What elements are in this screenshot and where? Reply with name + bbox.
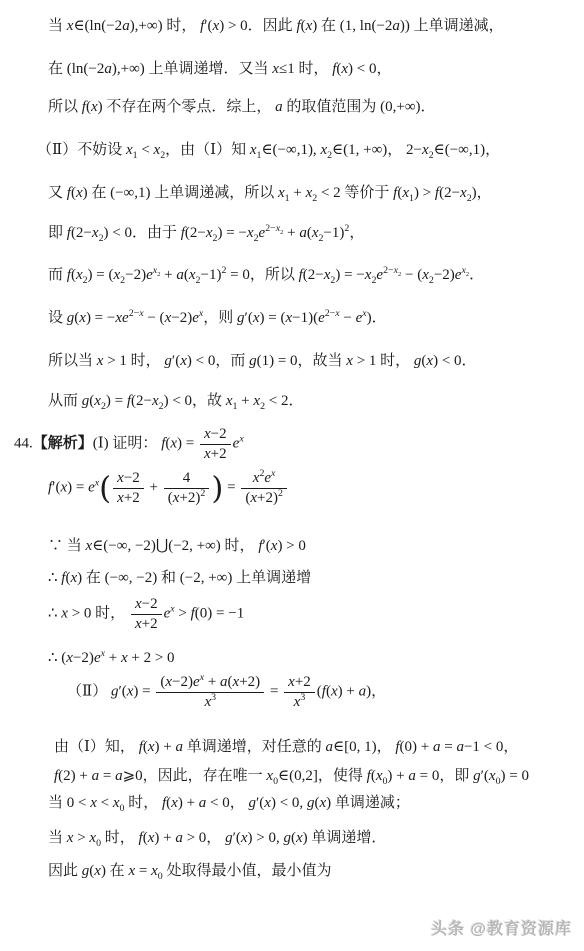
fraction: x−2x+2 (131, 596, 162, 633)
solution-line: （Ⅱ）不妨设 x1 < x2，由（Ⅰ）知 x1∈(−∞,1), x2∈(1, +… (37, 140, 500, 160)
solution-line: 因此 g(x) 在 x = x0 处取得最小值，最小值为 (48, 861, 331, 881)
solution-line: 在 (ln(−2a),+∞) 上单调递增．又当 x≤1 时， f(x) < 0， (48, 59, 392, 79)
fraction: 4(x+2)2 (164, 470, 210, 507)
solution-line: 所以 f(x) 不存在两个零点．综上， a 的取值范围为 (0,+∞)． (48, 97, 436, 117)
solution-line: ∴ x > 0 时， x−2x+2ex > f(0) = −1 (48, 596, 244, 633)
big-paren: ( (99, 470, 111, 506)
solution-line: 设 g(x) = −xe2−x − (x−2)ex，则 g′(x) = (x−1… (48, 308, 387, 328)
fraction: x+2x3 (284, 674, 315, 711)
solution-line: 又 f(x) 在 (−∞,1) 上单调递减，所以 x1 + x2 < 2 等价于… (48, 183, 492, 203)
solution-line: ∴ (x−2)ex + x + 2 > 0 (48, 648, 175, 668)
solution-line: 由（Ⅰ）知， f(x) + a 单调递增，对任意的 a∈[0, 1)， f(0)… (54, 737, 518, 757)
solution-line: f′(x) = ex(x−2x+2 + 4(x+2)2) = x2ex(x+2)… (48, 470, 289, 507)
watermark: 头条 @教育资源库 (431, 916, 572, 939)
solution-line: 而 f(x2) = (x2−2)ex2 + a(x2−1)2 = 0，所以 f(… (48, 265, 484, 285)
solution-line: 当 0 < x < x0 时， f(x) + a < 0， g′(x) < 0,… (48, 793, 410, 813)
solution-line: 从而 g(x2) = f(2−x2) < 0，故 x1 + x2 < 2． (48, 391, 303, 411)
solution-line: 即 f(2−x2) < 0．由于 f(2−x2) = −x2e2−x2 + a(… (48, 223, 364, 243)
fraction: (x−2)ex + a(x+2)x3 (156, 674, 264, 711)
fraction: x−2x+2 (200, 426, 231, 463)
solution-line: ∵ 当 x∈(−∞, −2)⋃(−2, +∞) 时， f′(x) > 0 (48, 536, 306, 556)
solution-line: 当 x > x0 时， f(x) + a > 0， g′(x) > 0, g(x… (48, 828, 386, 848)
math-solution-page: 当 x∈(ln(−2a),+∞) 时， f′(x) > 0．因此 f(x) 在 … (0, 0, 584, 951)
solution-line: 当 x∈(ln(−2a),+∞) 时， f′(x) > 0．因此 f(x) 在 … (48, 16, 504, 36)
fraction: x2ex(x+2)2 (241, 470, 287, 507)
solution-line: f(2) + a = a⩾0，因此，存在唯一 x0∈(0,2]，使得 f(x0)… (54, 766, 529, 786)
fraction: x−2x+2 (113, 470, 144, 507)
solution-line: 所以当 x > 1 时， g′(x) < 0，而 g(1) = 0，故当 x >… (48, 351, 477, 371)
big-paren: ) (211, 470, 223, 506)
solution-line: （Ⅱ） g′(x) = (x−2)ex + a(x+2)x3 = x+2x3(f… (67, 674, 386, 711)
solution-line: ∴ f(x) 在 (−∞, −2) 和 (−2, +∞) 上单调递增 (48, 568, 311, 588)
solution-line: 44.【解析】(Ⅰ) 证明： f(x) = x−2x+2ex (14, 426, 244, 463)
